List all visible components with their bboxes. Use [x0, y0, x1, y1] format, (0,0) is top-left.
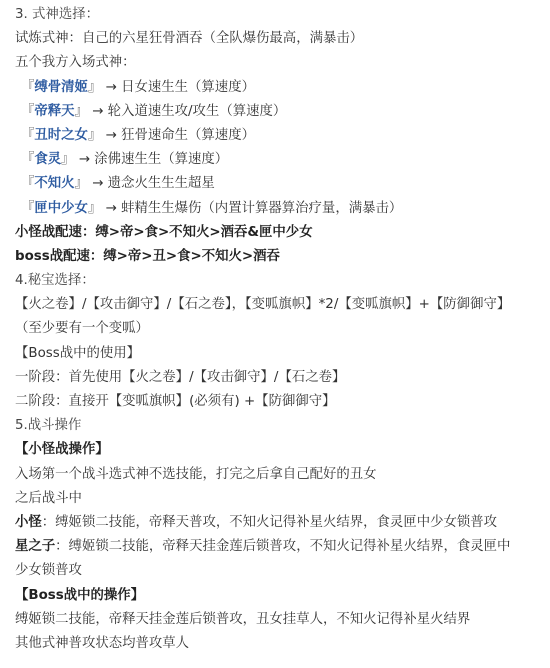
- shikigami-row: 『帝释天』 → 轮入道速生攻/攻生（算速度）: [15, 100, 550, 124]
- star-label: 星之子: [15, 539, 55, 554]
- boss-op-line-1: 缚姬锁二技能，帝释天挂金莲后锁普攻，丑女挂草人，不知火记得补星火结界: [15, 608, 550, 632]
- boss-speed-order: boss战配速：缚>帝>丑>食>不知火>酒吞: [15, 245, 550, 269]
- shikigami-row: 『不知火』 → 遗念火生生生超星: [15, 172, 550, 196]
- section-5-heading: 5.战斗操作: [15, 414, 550, 438]
- shikigami-name: 帝释天: [34, 104, 74, 119]
- phase-2: 二阶段：直接开【变呱旗帜】(必须有) +【防御御守】: [15, 390, 550, 414]
- trial-shikigami: 试炼式神：自己的六星狂骨酒吞（全队爆伤最高，满暴击）: [15, 27, 550, 51]
- shikigami-desc: → 涂佛速生生（算速度）: [75, 152, 229, 167]
- shikigami-desc: → 蚌精生生爆伤（内置计算器算治疗量，满暴击）: [101, 201, 402, 216]
- shikigami-name: 丑时之女: [34, 128, 88, 143]
- mob-speed-order: 小怪战配速：缚>帝>食>不知火>酒吞&匣中少女: [15, 221, 550, 245]
- shikigami-row: 『食灵』 → 涂佛速生生（算速度）: [15, 148, 550, 172]
- shikigami-desc: → 遗念火生生生超星: [88, 176, 215, 191]
- mob-op-line-2: 之后战斗中: [15, 487, 550, 511]
- phase-1: 一阶段：首先使用【火之卷】/【攻击御守】/【石之卷】: [15, 366, 550, 390]
- shikigami-name: 缚骨清姬: [34, 80, 88, 95]
- mob-text: ：缚姬锁二技能，帝释天普攻，不知火记得补星火结界，食灵匣中少女锁普攻: [42, 515, 497, 530]
- treasure-choice: 【火之卷】/【攻击御守】/【石之卷】，【变呱旗帜】*2/【变呱旗帜】+【防御御守…: [15, 293, 550, 317]
- section-4-heading: 4.秘宝选择：: [15, 269, 550, 293]
- shikigami-desc: → 轮入道速生攻/攻生（算速度）: [88, 104, 286, 119]
- boss-op-line-2: 其他式神普攻状态均普攻草人: [15, 632, 550, 656]
- shikigami-name: 食灵: [34, 152, 61, 167]
- shikigami-row: 『缚骨清姬』 → 日女速生生（算速度）: [15, 76, 550, 100]
- shikigami-name: 匣中少女: [34, 201, 88, 216]
- shikigami-name: 不知火: [34, 176, 74, 191]
- section-3-heading: 3. 式神选择：: [15, 3, 550, 27]
- guide-document: 3. 式神选择： 试炼式神：自己的六星狂骨酒吞（全队爆伤最高，满暴击） 五个我方…: [0, 0, 550, 656]
- boss-op-title: 【Boss战中的操作】: [15, 584, 550, 608]
- shikigami-row: 『匣中少女』 → 蚌精生生爆伤（内置计算器算治疗量，满暴击）: [15, 197, 550, 221]
- shikigami-desc: → 日女速生生（算速度）: [101, 80, 255, 95]
- star-op-detail: 星之子：缚姬锁二技能，帝释天挂金莲后锁普攻，不知火记得补星火结界，食灵匣中: [15, 535, 550, 559]
- five-shikigami-label: 五个我方入场式神：: [15, 51, 550, 75]
- star-text: ：缚姬锁二技能，帝释天挂金莲后锁普攻，不知火记得补星火结界，食灵匣中: [55, 539, 510, 554]
- mob-op-detail: 小怪：缚姬锁二技能，帝释天普攻，不知火记得补星火结界，食灵匣中少女锁普攻: [15, 511, 550, 535]
- treasure-note: （至少要有一个变呱）: [15, 317, 550, 341]
- mob-op-title: 【小怪战操作】: [15, 438, 550, 462]
- shikigami-row: 『丑时之女』 → 狂骨速命生（算速度）: [15, 124, 550, 148]
- mob-label: 小怪: [15, 515, 42, 530]
- mob-op-line-1: 入场第一个战斗选式神不选技能，打完之后拿自己配好的丑女: [15, 463, 550, 487]
- star-op-detail-cont: 少女锁普攻: [15, 559, 550, 583]
- boss-use-title: 【Boss战中的使用】: [15, 342, 550, 366]
- shikigami-desc: → 狂骨速命生（算速度）: [101, 128, 255, 143]
